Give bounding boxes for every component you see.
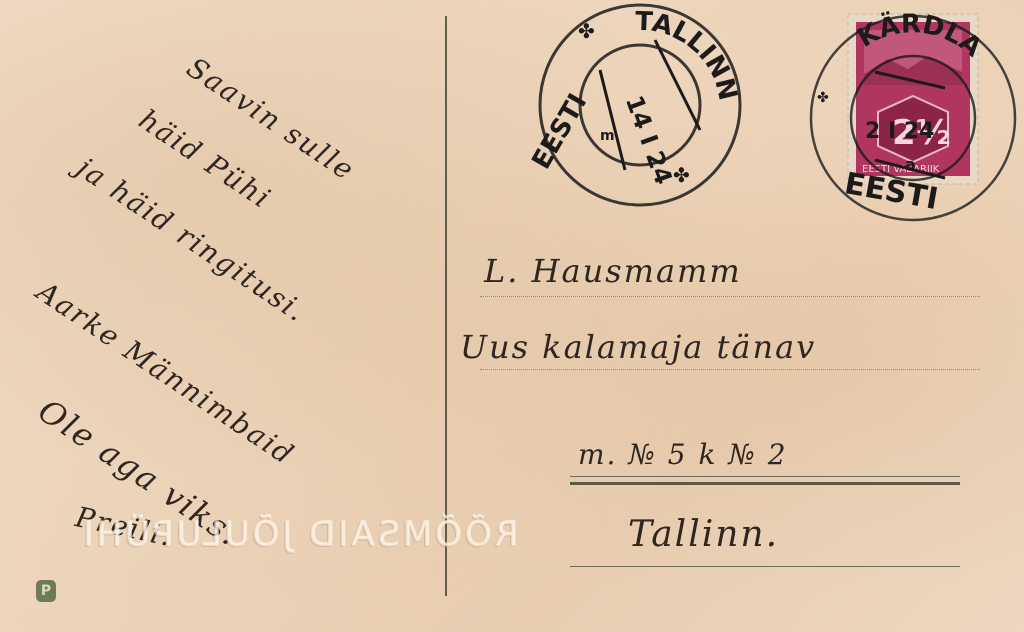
postmark-tallinn-code: m xyxy=(600,128,615,144)
svg-text:✤: ✤ xyxy=(673,163,690,187)
address-street: Uus kalamaja tänav xyxy=(460,328,816,366)
svg-text:TALLINN: TALLINN xyxy=(635,7,743,104)
postmark-kardla-town: KÄRDLA xyxy=(853,9,988,64)
postmark-tallinn-date: 14 I 24 xyxy=(620,92,678,188)
postmark-kardla: KÄRDLA EESTI 2 I 24 a ✤ xyxy=(805,10,1020,230)
center-divider-line xyxy=(445,16,447,596)
svg-text:KÄRDLA: KÄRDLA xyxy=(853,9,988,64)
message-line-3: ja häid ringitusi. xyxy=(71,151,313,329)
address-number: m. № 5 k № 2 xyxy=(578,438,788,471)
address-rule-3-double xyxy=(570,482,960,485)
postmark-kardla-date: 2 I 24 xyxy=(865,119,934,144)
postmark-tallinn-country: EESTI xyxy=(526,89,593,175)
address-rule-1 xyxy=(480,296,980,297)
svg-text:✤: ✤ xyxy=(817,90,829,106)
postmark-tallinn-town: TALLINN xyxy=(635,7,743,104)
address-rule-4 xyxy=(570,566,960,567)
address-name: L. Hausmamm xyxy=(484,252,742,290)
address-rule-2 xyxy=(480,369,980,370)
publisher-logo: P xyxy=(36,580,56,602)
address-city: Tallinn. xyxy=(628,514,779,555)
svg-text:✤: ✤ xyxy=(578,19,595,43)
postmark-tallinn: TALLINN EESTI 14 I 24 m ✤ ✤ xyxy=(530,0,750,220)
postmark-kardla-code: a xyxy=(905,155,916,174)
embossed-greeting: RÕÕMSAID JÕULUPÜHI xyxy=(80,515,518,555)
address-rule-3 xyxy=(570,476,960,477)
postcard-back: Saavin sulle häid Pühi ja häid ringitusi… xyxy=(0,0,1024,632)
